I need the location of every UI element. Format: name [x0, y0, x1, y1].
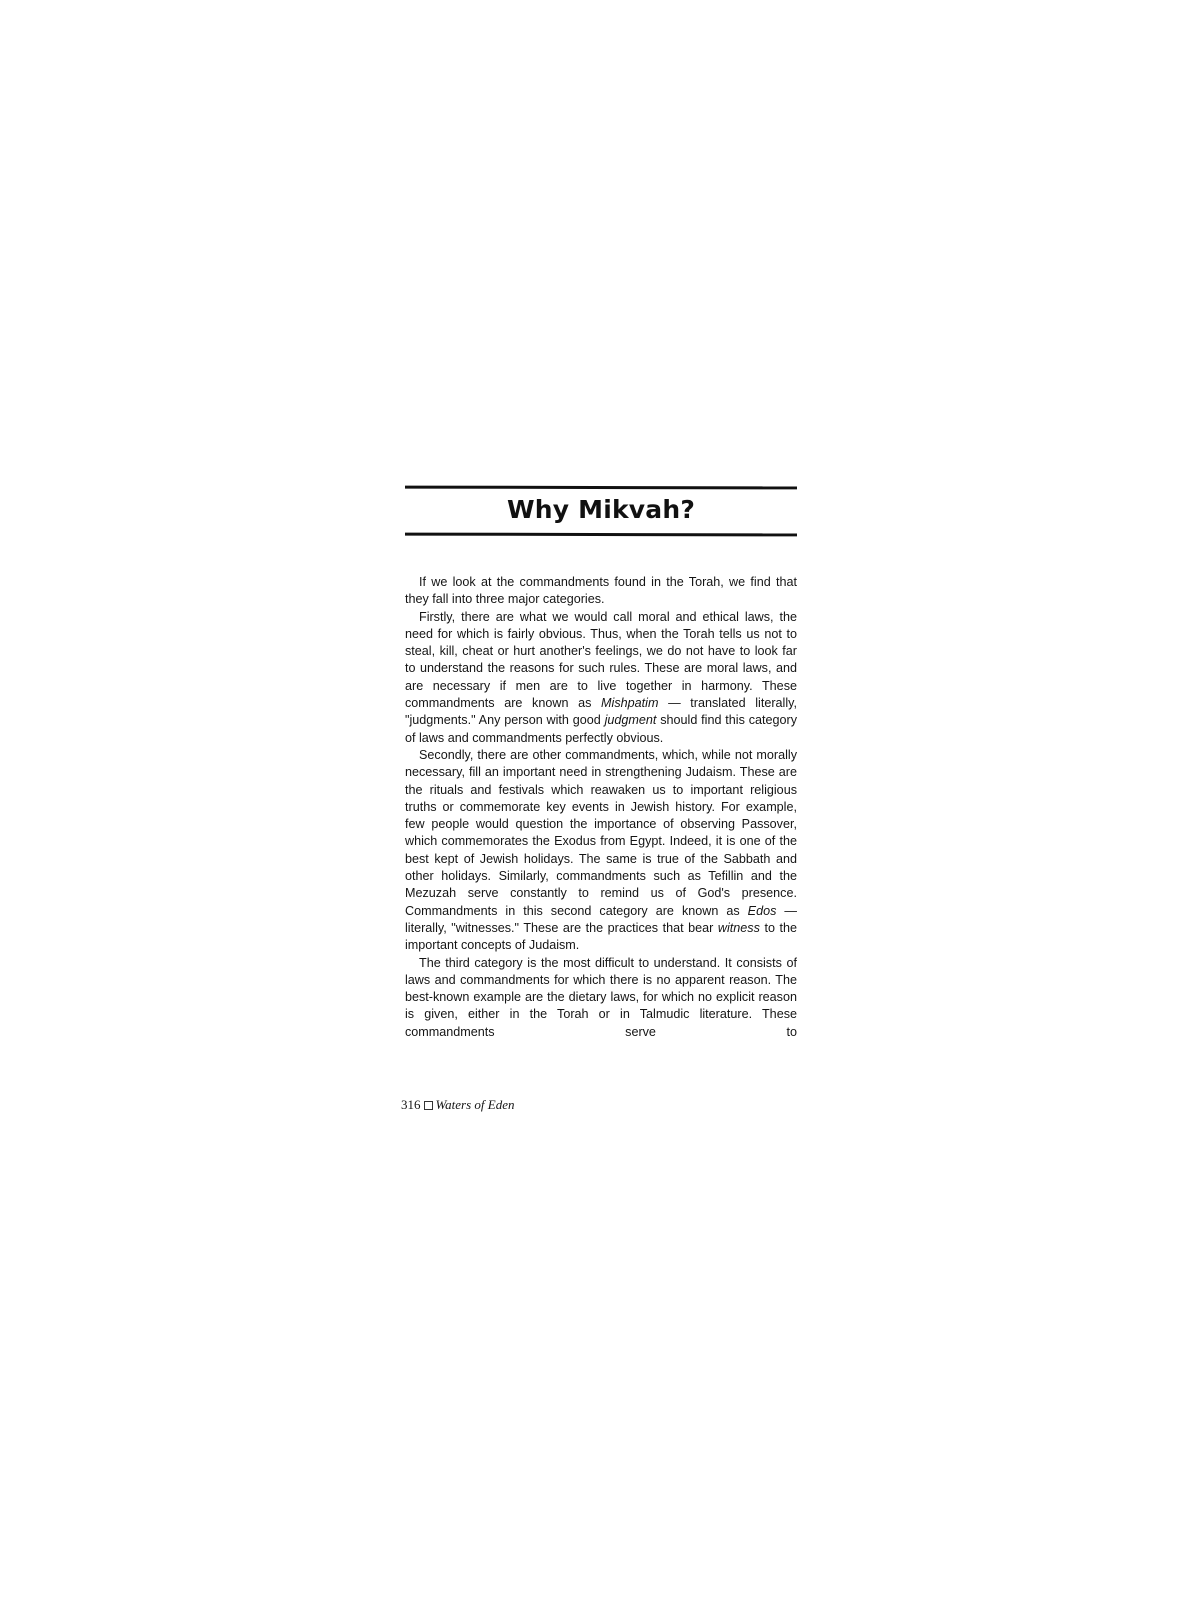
chapter-body: If we look at the commandments found in … [405, 574, 797, 1041]
paragraph-2: Firstly, there are what we would call mo… [405, 609, 797, 747]
text-run: If we look at the commandments found in … [405, 575, 797, 606]
paragraph-1: If we look at the commandments found in … [405, 574, 797, 609]
term-edos: Edos [748, 904, 777, 918]
title-rule-bottom [405, 533, 797, 537]
text-run: The third category is the most difficult… [405, 956, 797, 1039]
term-judgment: judgment [605, 713, 657, 727]
book-title: Waters of Eden [436, 1097, 515, 1112]
page-content: Why Mikvah? If we look at the commandmen… [405, 486, 797, 1041]
text-run: Firstly, there are what we would call mo… [405, 610, 797, 710]
paragraph-4: The third category is the most difficult… [405, 955, 797, 1041]
term-mishpatim: Mishpatim [601, 696, 658, 710]
page-number: 316 [401, 1097, 421, 1112]
box-icon [424, 1101, 433, 1110]
term-witness: witness [718, 921, 760, 935]
text-run: Secondly, there are other commandments, … [405, 748, 797, 918]
chapter-title: Why Mikvah? [405, 489, 797, 533]
page-footer: 316Waters of Eden [401, 1097, 514, 1113]
paragraph-3: Secondly, there are other commandments, … [405, 747, 797, 955]
